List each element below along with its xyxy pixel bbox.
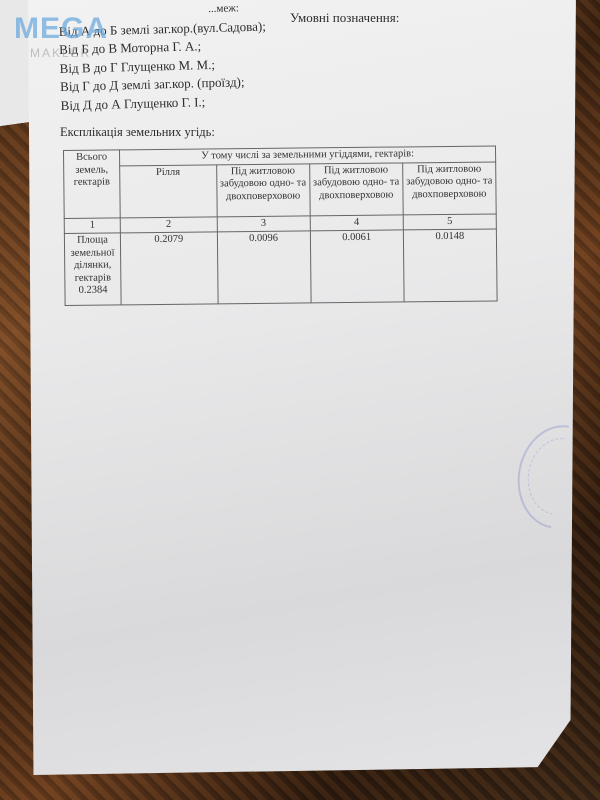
col-number: 5 bbox=[403, 213, 496, 229]
legend-title: Умовні позначення: bbox=[290, 10, 399, 26]
col-number: 2 bbox=[120, 216, 217, 233]
row-total: 0.2384 bbox=[78, 285, 107, 296]
watermark-logo: MEGA bbox=[14, 12, 108, 46]
col-number: 1 bbox=[64, 217, 120, 233]
value-residential-1: 0.0096 bbox=[217, 231, 311, 304]
header-total-land: Всього земель, гектарів bbox=[64, 150, 121, 218]
header-arable: Рілля bbox=[120, 164, 217, 217]
col-number: 3 bbox=[217, 215, 310, 231]
value-residential-2: 0.0061 bbox=[310, 230, 404, 303]
value-residential-3: 0.0148 bbox=[403, 229, 497, 302]
row-label-cell: Площа земельної ділянки, гектарів 0.2384 bbox=[64, 233, 121, 306]
value-arable: 0.2079 bbox=[120, 232, 217, 305]
col-number: 4 bbox=[310, 214, 403, 230]
row-label: Площа земельної ділянки, гектарів bbox=[71, 235, 115, 284]
explication-title: Експлікація земельних угідь: bbox=[60, 125, 215, 140]
document-page bbox=[28, 0, 576, 775]
land-explication-table: Всього земель, гектарів У тому числі за … bbox=[63, 145, 498, 306]
header-residential-2: Під житловою забудовою одно- та двохпове… bbox=[309, 162, 403, 215]
table-row: Площа земельної ділянки, гектарів 0.2384… bbox=[64, 229, 497, 306]
header-residential-3: Під житловою забудовою одно- та двохпове… bbox=[402, 161, 496, 214]
header-residential-1: Під житловою забудовою одно- та двохпове… bbox=[216, 163, 310, 216]
watermark-subtitle: MAKLER bbox=[30, 46, 91, 60]
